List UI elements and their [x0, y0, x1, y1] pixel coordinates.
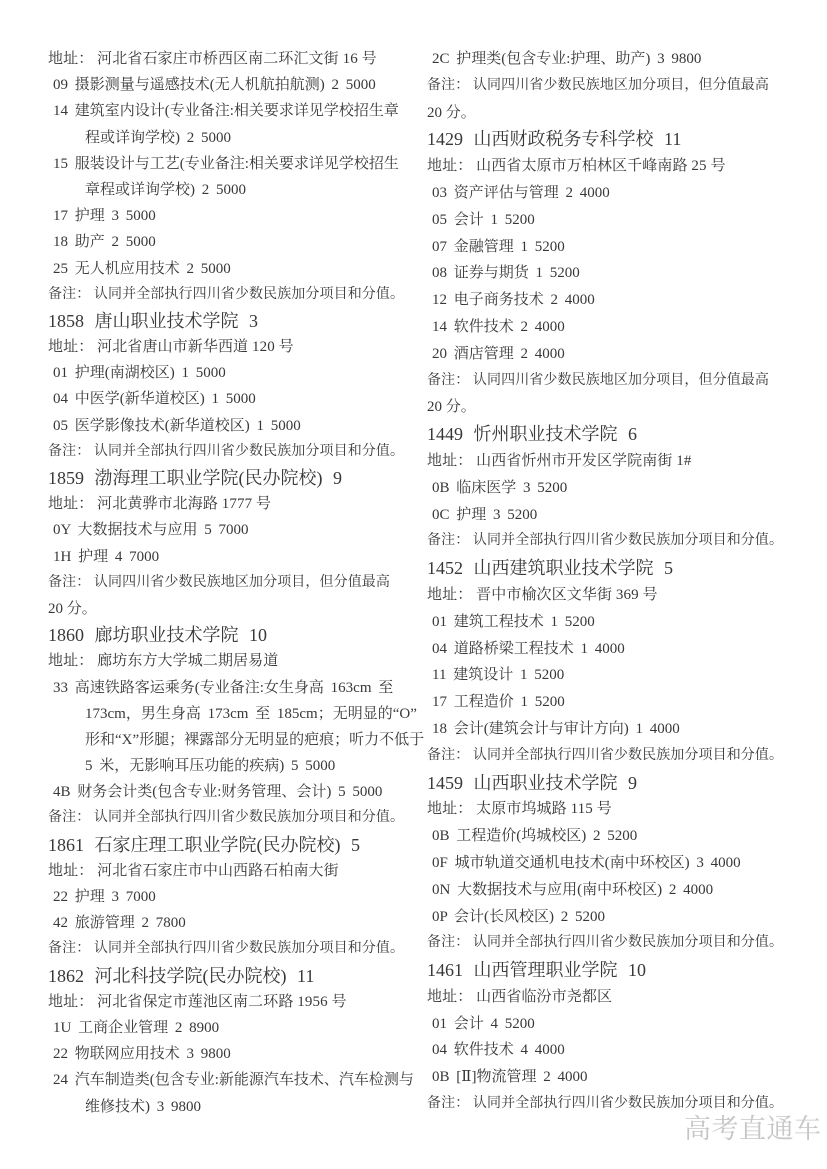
note-line: 备注： 认同并全部执行四川省少数民族加分项目和分值。 — [427, 743, 795, 770]
school-heading: 1861 石家庄理工职业学院(民办院校) 5 — [48, 832, 416, 858]
major-line-continuation: 维修技术) 3 9800 — [48, 1094, 416, 1120]
note-line-continuation: 20 分。 — [427, 394, 795, 421]
note-line: 备注： 认同并全部执行四川省少数民族加分项目和分值。 — [48, 282, 416, 308]
major-line-continuation: 173cm，男生身高 173cm 至 185cm；无明显的“O” — [48, 701, 416, 727]
major-line: 22 物联网应用技术 3 9800 — [48, 1041, 416, 1067]
major-line: 07 金融管理 1 5200 — [427, 234, 795, 261]
major-line: 14 软件技术 2 4000 — [427, 314, 795, 341]
note-line: 备注： 认同并全部执行四川省少数民族加分项目和分值。 — [48, 439, 416, 465]
major-line: 04 道路桥梁工程技术 1 4000 — [427, 636, 795, 663]
school-heading: 1429 山西财政税务专科学校 11 — [427, 126, 795, 153]
major-line: 0B [Ⅱ]物流管理 2 4000 — [427, 1064, 795, 1091]
right-column: 2C 护理类(包含专业:护理、助产) 3 9800备注： 认同四川省少数民族地区… — [427, 46, 795, 1118]
school-heading: 1459 山西职业技术学院 9 — [427, 770, 795, 797]
major-line: 17 工程造价 1 5200 — [427, 689, 795, 716]
major-line: 17 护理 3 5000 — [48, 203, 416, 229]
major-line: 14 建筑室内设计(专业备注:相关要求详见学校招生章 — [48, 98, 416, 124]
major-line: 09 摄影测量与遥感技术(无人机航拍航测) 2 5000 — [48, 72, 416, 98]
note-line: 备注： 认同并全部执行四川省少数民族加分项目和分值。 — [48, 936, 416, 962]
address-line: 地址： 山西省忻州市开发区学院南街 1# — [427, 448, 795, 475]
major-line: 1U 工商企业管理 2 8900 — [48, 1015, 416, 1041]
major-line-continuation: 程或详询学校) 2 5000 — [48, 125, 416, 151]
major-line: 0N 大数据技术与应用(南中环校区) 2 4000 — [427, 877, 795, 904]
major-line: 4B 财务会计类(包含专业:财务管理、会计) 5 5000 — [48, 779, 416, 805]
note-line: 备注： 认同并全部执行四川省少数民族加分项目和分值。 — [427, 528, 795, 555]
major-line: 0F 城市轨道交通机电技术(南中环校区) 3 4000 — [427, 850, 795, 877]
major-line: 24 汽车制造类(包含专业:新能源汽车技术、汽车检测与 — [48, 1067, 416, 1093]
address-line: 地址： 廊坊东方大学城二期居易道 — [48, 648, 416, 674]
address-line: 地址： 河北省石家庄市中山西路石柏南大街 — [48, 858, 416, 884]
major-line: 01 建筑工程技术 1 5200 — [427, 609, 795, 636]
left-column: 地址： 河北省石家庄市桥西区南二环汇文街 16 号09 摄影测量与遥感技术(无人… — [48, 46, 416, 1120]
major-line: 05 会计 1 5200 — [427, 207, 795, 234]
major-line: 1H 护理 4 7000 — [48, 544, 416, 570]
note-line: 备注： 认同四川省少数民族地区加分项目，但分值最高 — [48, 570, 416, 596]
note-line-continuation: 20 分。 — [48, 596, 416, 622]
school-heading: 1461 山西管理职业学院 10 — [427, 957, 795, 984]
major-line-continuation: 5 米，无影响耳压功能的疾病) 5 5000 — [48, 753, 416, 779]
major-line: 0B 工程造价(坞城校区) 2 5200 — [427, 823, 795, 850]
school-heading: 1449 忻州职业技术学院 6 — [427, 421, 795, 448]
major-line: 05 医学影像技术(新华道校区) 1 5000 — [48, 413, 416, 439]
school-heading: 1452 山西建筑职业技术学院 5 — [427, 555, 795, 582]
address-line: 地址： 河北省唐山市新华西道 120 号 — [48, 334, 416, 360]
major-line: 18 助产 2 5000 — [48, 229, 416, 255]
major-line: 22 护理 3 7000 — [48, 884, 416, 910]
watermark: 高考直通车 — [684, 1112, 822, 1146]
note-line: 备注： 认同四川省少数民族地区加分项目，但分值最高 — [427, 368, 795, 395]
major-line: 11 建筑设计 1 5200 — [427, 662, 795, 689]
major-line: 08 证券与期货 1 5200 — [427, 260, 795, 287]
address-line: 地址： 山西省太原市万柏林区千峰南路 25 号 — [427, 153, 795, 180]
major-line: 20 酒店管理 2 4000 — [427, 341, 795, 368]
major-line: 0C 护理 3 5200 — [427, 502, 795, 529]
address-line: 地址： 河北省石家庄市桥西区南二环汇文街 16 号 — [48, 46, 416, 72]
major-line: 12 电子商务技术 2 4000 — [427, 287, 795, 314]
document-page: 地址： 河北省石家庄市桥西区南二环汇文街 16 号09 摄影测量与遥感技术(无人… — [0, 0, 827, 1169]
major-line: 18 会计(建筑会计与审计方向) 1 4000 — [427, 716, 795, 743]
major-line: 04 软件技术 4 4000 — [427, 1037, 795, 1064]
address-line: 地址： 晋中市榆次区文华街 369 号 — [427, 582, 795, 609]
major-line: 0B 临床医学 3 5200 — [427, 475, 795, 502]
major-line: 01 护理(南湖校区) 1 5000 — [48, 360, 416, 386]
major-line: 25 无人机应用技术 2 5000 — [48, 256, 416, 282]
school-heading: 1860 廊坊职业技术学院 10 — [48, 622, 416, 648]
note-line-continuation: 20 分。 — [427, 100, 795, 127]
major-line-continuation: 形和“X”形腿；裸露部分无明显的疤痕；听力不低于 — [48, 727, 416, 753]
address-line: 地址： 河北省保定市莲池区南二环路 1956 号 — [48, 989, 416, 1015]
major-line: 03 资产评估与管理 2 4000 — [427, 180, 795, 207]
school-heading: 1859 渤海理工职业学院(民办院校) 9 — [48, 465, 416, 491]
major-line-continuation: 章程或详询学校) 2 5000 — [48, 177, 416, 203]
address-line: 地址： 河北黄骅市北海路 1777 号 — [48, 491, 416, 517]
major-line: 15 服装设计与工艺(专业备注:相关要求详见学校招生 — [48, 151, 416, 177]
note-line: 备注： 认同四川省少数民族地区加分项目，但分值最高 — [427, 73, 795, 100]
major-line: 2C 护理类(包含专业:护理、助产) 3 9800 — [427, 46, 795, 73]
major-line: 33 高速铁路客运乘务(专业备注:女生身高 163cm 至 — [48, 675, 416, 701]
major-line: 42 旅游管理 2 7800 — [48, 910, 416, 936]
note-line: 备注： 认同并全部执行四川省少数民族加分项目和分值。 — [48, 805, 416, 831]
address-line: 地址： 太原市坞城路 115 号 — [427, 796, 795, 823]
school-heading: 1862 河北科技学院(民办院校) 11 — [48, 963, 416, 989]
address-line: 地址： 山西省临汾市尧都区 — [427, 984, 795, 1011]
major-line: 01 会计 4 5200 — [427, 1011, 795, 1038]
school-heading: 1858 唐山职业技术学院 3 — [48, 308, 416, 334]
note-line: 备注： 认同并全部执行四川省少数民族加分项目和分值。 — [427, 930, 795, 957]
major-line: 04 中医学(新华道校区) 1 5000 — [48, 386, 416, 412]
major-line: 0P 会计(长风校区) 2 5200 — [427, 904, 795, 931]
major-line: 0Y 大数据技术与应用 5 7000 — [48, 517, 416, 543]
